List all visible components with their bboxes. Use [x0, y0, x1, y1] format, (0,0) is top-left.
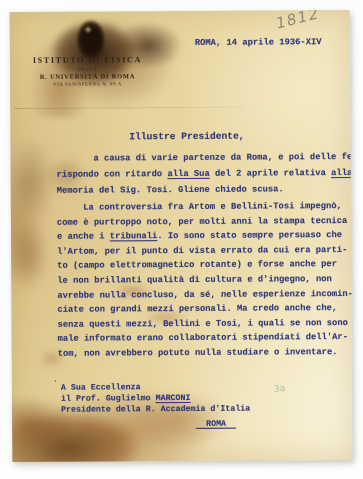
filing-mark: 3a: [274, 384, 286, 395]
letterhead-street-address: VIA PANISPERNA N. 89 A: [25, 82, 150, 88]
pencil-archive-number: 1812: [274, 10, 321, 33]
typed-line: e anche i tribunali. Io sono stato sempr…: [57, 228, 352, 245]
letterhead-university: R. UNIVERSITÀ DI ROMA: [25, 73, 150, 81]
typed-line: Memoria del Sig. Tosi. Gliene chiedo scu…: [57, 181, 353, 199]
letterhead-block: ISTITUTO DI FISICA DELLA R. UNIVERSITÀ D…: [25, 55, 150, 88]
typed-line: La controversia fra Artom e Bellini-Tosi…: [57, 199, 353, 216]
paragraph: La controversia fra Artom e Bellini-Tosi…: [57, 199, 353, 361]
typed-line: male informato erano collaboratori stipe…: [58, 330, 353, 347]
letter-body: a causa di varie partenze da Roma, e poi…: [56, 149, 352, 361]
letter-paper-sheet: ✚ 1812 ISTITUTO DI FISICA DELLA R. UNIVE…: [10, 10, 353, 462]
letterhead-della: DELLA: [25, 66, 150, 72]
recipient-block: A Sua Eccellenza il Prof. Guglielmo MARC…: [61, 382, 250, 431]
recipient-title-line: Presidente della R. Accademia d'Italia: [61, 404, 250, 416]
recipient-surname: MARCONI: [156, 394, 191, 403]
salutation: Illustre Presidente,: [129, 131, 244, 143]
typed-line: tom, non avrebbero potuto nulla studiare…: [58, 345, 353, 362]
crest-cross-icon: ✚: [85, 26, 92, 35]
scanned-letter-photo: ✚ 1812 ISTITUTO DI FISICA DELLA R. UNIVE…: [0, 0, 363, 479]
date-line: ROMA, 14 aprile 1936-XIV: [195, 37, 322, 48]
letterhead-institute: ISTITUTO DI FISICA: [25, 55, 150, 65]
typed-line: le non brillanti qualità di cultura e d'…: [57, 272, 352, 289]
typed-line: rispondo con ritardo alla Sua del 2 apri…: [57, 165, 353, 183]
typed-line: a causa di varie partenze da Roma, e poi…: [56, 149, 352, 167]
recipient-name-prefix: il Prof. Guglielmo: [61, 394, 156, 404]
pencil-tick-mark: ': [55, 379, 57, 388]
recipient-city: ROMA: [196, 418, 236, 429]
typed-line: ciate con grandi mezzi personali. Ma cre…: [57, 301, 352, 318]
paragraph: a causa di varie partenze da Roma, e poi…: [56, 149, 352, 199]
